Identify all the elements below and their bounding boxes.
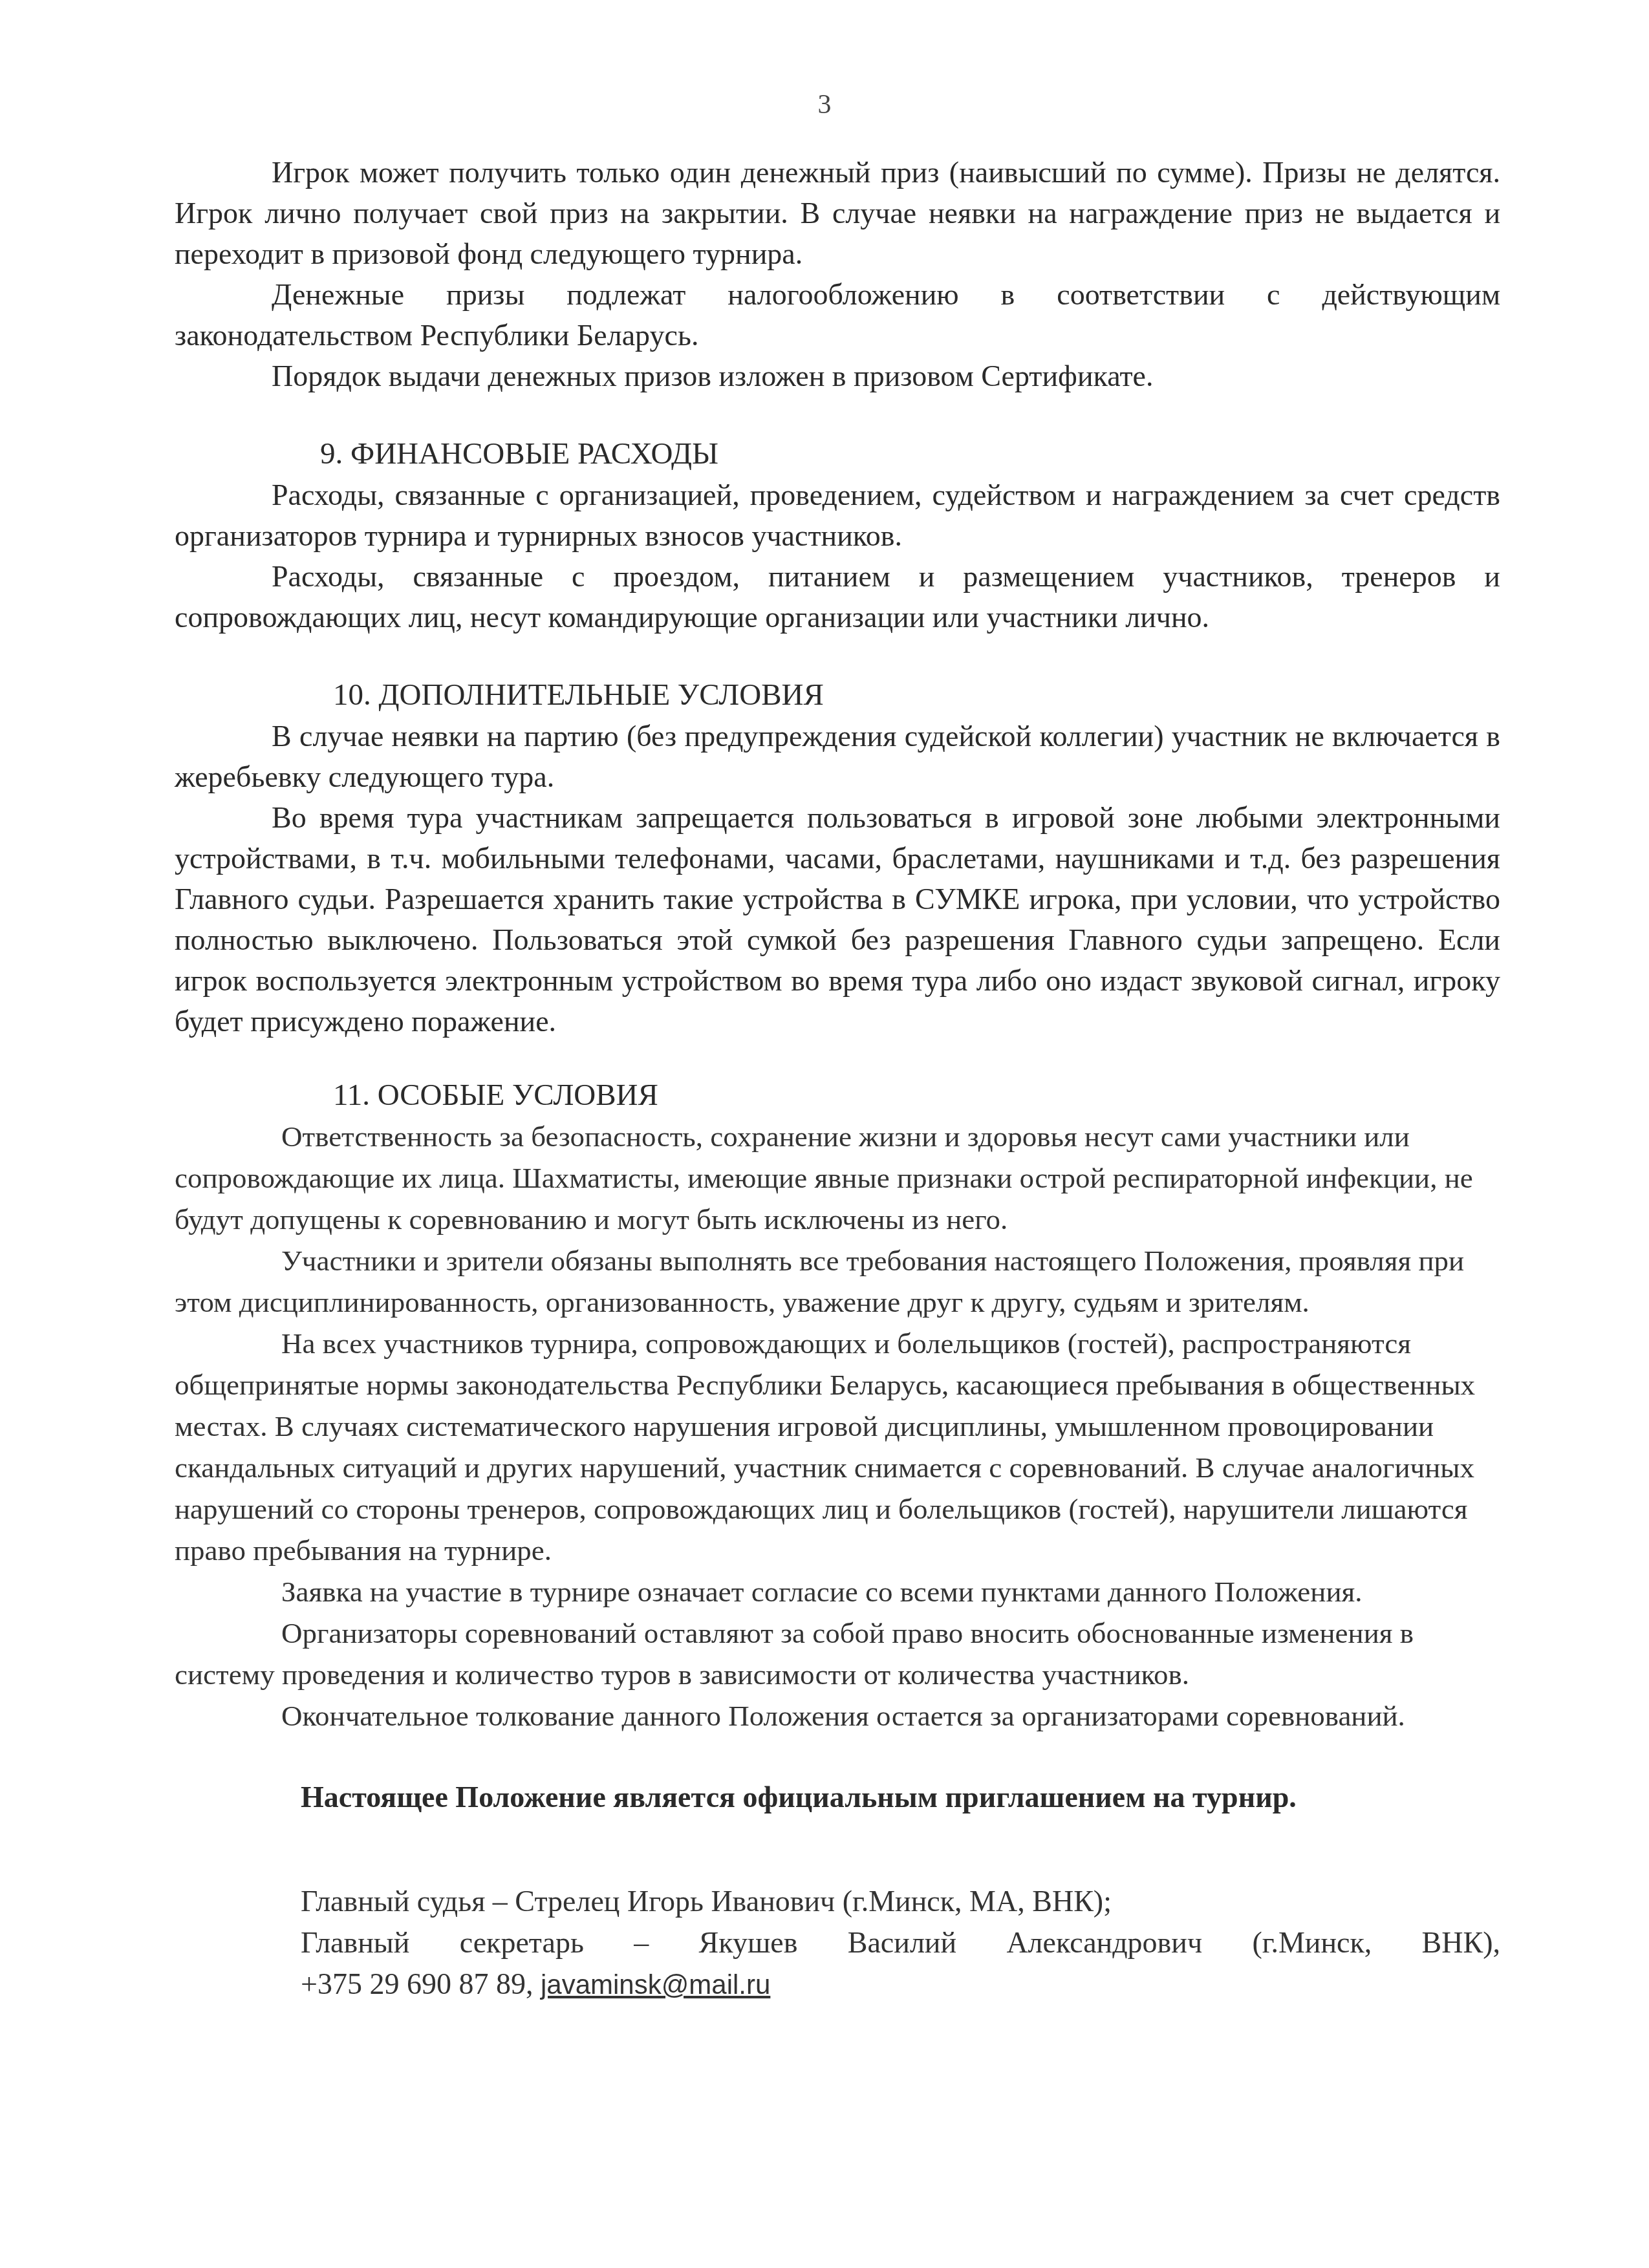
- page-number: 3: [0, 89, 1649, 120]
- paragraph: Расходы, связанные с проездом, питанием …: [175, 556, 1500, 637]
- section-11-special-conditions: 11. ОСОБЫЕ УСЛОВИЯ Ответственность за бе…: [175, 1075, 1500, 1737]
- chief-secretary-line: Главный секретарь – Якушев Василий Алекс…: [301, 1922, 1500, 1963]
- paragraph: Организаторы соревнований оставляют за с…: [175, 1612, 1500, 1695]
- paragraph: Денежные призы подлежат налогообложению …: [175, 274, 1500, 356]
- section-heading: 10. ДОПОЛНИТЕЛЬНЫЕ УСЛОВИЯ: [175, 675, 1500, 716]
- contact-line: +375 29 690 87 89, javaminsk@mail.ru: [301, 1963, 1500, 2006]
- section-10-additional-conditions: 10. ДОПОЛНИТЕЛЬНЫЕ УСЛОВИЯ В случае неяв…: [175, 675, 1500, 1042]
- paragraph: Расходы, связанные с организацией, прове…: [175, 475, 1500, 556]
- paragraph: Окончательное толкование данного Положен…: [175, 1695, 1500, 1737]
- paragraph: В случае неявки на партию (без предупреж…: [175, 716, 1500, 797]
- paragraph: Заявка на участие в турнире означает сог…: [175, 1571, 1500, 1612]
- chief-judge-line: Главный судья – Стрелец Игорь Иванович (…: [301, 1881, 1500, 1922]
- section-heading: 9. ФИНАНСОВЫЕ РАСХОДЫ: [175, 434, 1500, 475]
- official-invitation-statement: Настоящее Положение является официальным…: [175, 1777, 1500, 1817]
- section-heading: 11. ОСОБЫЕ УСЛОВИЯ: [175, 1075, 1500, 1116]
- section-9-financial-expenses: 9. ФИНАНСОВЫЕ РАСХОДЫ Расходы, связанные…: [175, 434, 1500, 637]
- section-8-continuation: Игрок может получить только один денежны…: [175, 152, 1500, 396]
- document-body: Игрок может получить только один денежны…: [175, 152, 1500, 2006]
- paragraph: На всех участников турнира, сопровождающ…: [175, 1323, 1500, 1571]
- email-link[interactable]: javaminsk@mail.ru: [541, 1969, 770, 2000]
- paragraph: Порядок выдачи денежных призов изложен в…: [175, 356, 1500, 396]
- paragraph: Ответственность за безопасность, сохране…: [175, 1116, 1500, 1240]
- phone-number: +375 29 690 87 89,: [301, 1967, 541, 2000]
- paragraph: Участники и зрители обязаны выполнять вс…: [175, 1240, 1500, 1323]
- contacts-block: Главный судья – Стрелец Игорь Иванович (…: [175, 1881, 1500, 2006]
- paragraph: Во время тура участникам запрещается пол…: [175, 797, 1500, 1042]
- paragraph: Игрок может получить только один денежны…: [175, 152, 1500, 274]
